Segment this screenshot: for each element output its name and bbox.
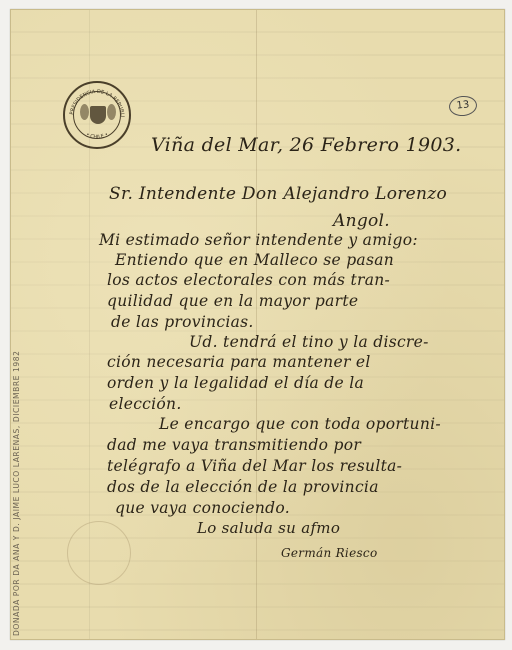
body-line: ción necesaria para mantener el <box>107 353 371 371</box>
presidential-seal-icon: PRESIDENCIA DE LA REPUBLICA • CHILE • <box>63 81 131 149</box>
body-line: Le encargo que con toda oportuni- <box>159 415 441 433</box>
place-date: Viña del Mar, 26 Febrero 1903. <box>151 134 462 156</box>
svg-text:PRESIDENCIA DE LA REPUBLICA: PRESIDENCIA DE LA REPUBLICA <box>65 83 125 117</box>
body-line: Ud. tendrá el tino y la discre- <box>189 333 429 351</box>
salutation: Mi estimado señor intendente y amigo: <box>99 231 418 249</box>
body-line: quilidad que en la mayor parte <box>107 292 358 310</box>
body-line: orden y la legalidad el día de la <box>107 374 364 392</box>
archive-number-badge: 13 <box>448 95 478 118</box>
body-line: dos de la elección de la provincia <box>107 478 379 496</box>
body-line: de las provincias. <box>111 313 254 331</box>
body-line: elección. <box>109 395 182 413</box>
seal-text: PRESIDENCIA DE LA REPUBLICA • CHILE • <box>65 83 129 147</box>
letter-paper: PRESIDENCIA DE LA REPUBLICA • CHILE • 13… <box>10 9 505 640</box>
addressee-city: Angol. <box>333 211 390 231</box>
body-line: dad me vaya transmitiendo por <box>107 436 361 454</box>
paper-fold-line <box>256 10 257 639</box>
faint-stamp-icon <box>67 521 131 585</box>
donation-note: DONADA POR DA ANA Y D. JAIME LUCO LARENA… <box>12 351 21 636</box>
addressee: Sr. Intendente Don Alejandro Lorenzo <box>109 184 447 204</box>
closing: Lo saluda su afmo <box>197 519 340 537</box>
body-line: que vaya conociendo. <box>115 499 290 517</box>
body-line: telégrafo a Viña del Mar los resulta- <box>107 457 402 475</box>
body-line: Entiendo que en Malleco se pasan <box>115 251 394 269</box>
signature: Germán Riesco <box>281 546 377 560</box>
body-line: los actos electorales con más tran- <box>107 271 390 289</box>
svg-text:• CHILE •: • CHILE • <box>85 132 110 141</box>
